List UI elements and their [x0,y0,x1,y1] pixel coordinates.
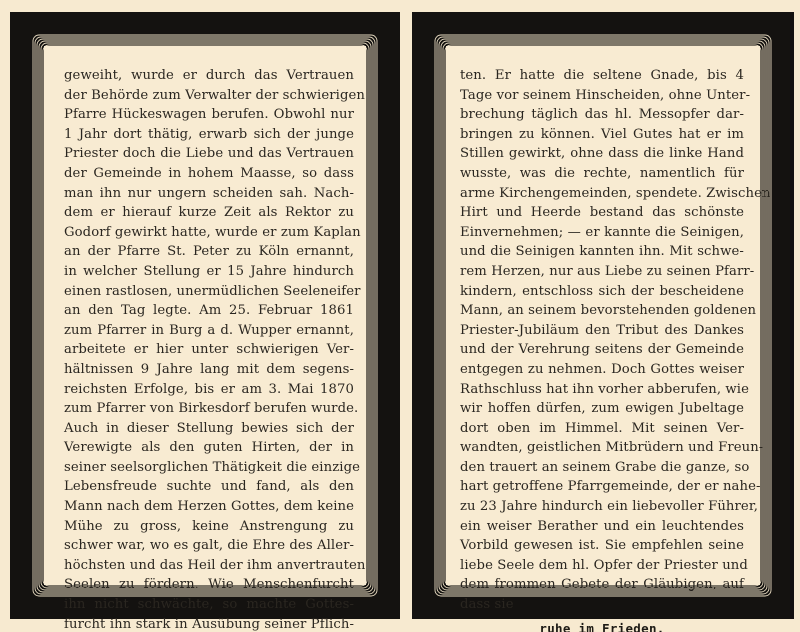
text-line: dem er hierauf kurze Zeit als Rektor zu [64,203,354,223]
text-line: seiner seelsorglichen Thätigkeit die ein… [64,458,354,478]
text-line: Einvernehmen; — er kannte die Seinigen, [460,223,744,243]
left-page-text-panel: geweiht, wurde er durch das Vertrauender… [44,46,366,585]
text-line: reichsten Erfolge, bis er am 3. Mai 1870 [64,380,354,400]
text-line: Priester doch die Liebe und das Vertraue… [64,144,354,164]
text-line: hältnissen 9 Jahre lang mit dem segens- [64,360,354,380]
left-page-card: geweiht, wurde er durch das Vertrauender… [10,12,400,619]
text-line: und die Seinigen kannten ihn. Mit schwe- [460,242,744,262]
right-page-card: ten. Er hatte die seltene Gnade, bis 4Ta… [412,12,794,619]
text-line: an der Pfarre St. Peter zu Köln ernannt, [64,242,354,262]
text-line: wusste, was die rechte, namentlich für [460,164,744,184]
text-line: furcht ihn stark in Ausübung seiner Pfli… [64,615,354,632]
text-line: in welcher Stellung er 15 Jahre hindurch [64,262,354,282]
text-line: man ihn nur ungern scheiden sah. Nach- [64,184,354,204]
text-line: ein weiser Berather und ein leuchtendes [460,517,744,537]
right-page-text-panel: ten. Er hatte die seltene Gnade, bis 4Ta… [446,46,760,585]
text-line: geweiht, wurde er durch das Vertrauen [64,66,354,86]
text-line: an den Tag legte. Am 25. Februar 1861 [64,301,354,321]
text-line: arme Kirchengemeinden, spendete. Zwische… [460,184,744,204]
text-line: ten. Er hatte die seltene Gnade, bis 4 [460,66,744,86]
text-line: der Gemeinde in hohem Maasse, so dass [64,164,354,184]
text-line: und der Verehrung seitens der Gemeinde [460,340,744,360]
text-line: Priester-Jubiläum den Tribut des Dankes [460,321,744,341]
text-line: dort oben im Himmel. Mit seinen Ver- [460,419,744,439]
text-line: der Behörde zum Verwalter der schwierige… [64,86,354,106]
text-line: Seelen zu fördern. Wie Menschenfurcht [64,575,354,595]
text-line: Hirt und Heerde bestand das schönste [460,203,744,223]
text-line: dass sie [460,595,744,615]
text-line: entgegen zu nehmen. Doch Gottes weiser [460,360,744,380]
text-line: rem Herzen, nur aus Liebe zu seinen Pfar… [460,262,744,282]
text-line: brechung täglich das hl. Messopfer dar- [460,105,744,125]
text-line: Verewigte als den guten Hirten, der in [64,438,354,458]
text-line: bringen zu können. Viel Gutes hat er im [460,125,744,145]
text-line: Mühe zu gross, keine Anstrengung zu [64,517,354,537]
text-line: Stillen gewirkt, ohne dass die linke Han… [460,144,744,164]
text-line: zu 23 Jahre hindurch ein liebevoller Füh… [460,497,744,517]
text-line: einen rastlosen, unermüdlichen Seeleneif… [64,282,354,302]
text-line: zum Pfarrer in Burg a d. Wupper ernannt, [64,321,354,341]
text-line: kindern, entschloss sich der bescheidene [460,282,744,302]
text-line: Mann, an seinem bevorstehenden goldenen [460,301,744,321]
text-line: den trauert an seinem Grabe die ganze, s… [460,458,744,478]
text-line: liebe Seele dem hl. Opfer der Priester u… [460,556,744,576]
text-line: dem frommen Gebete der Gläubigen, auf [460,575,744,595]
text-line: Godorf gewirkt hatte, wurde er zum Kapla… [64,223,354,243]
text-line: Rathschluss hat ihn vorher abberufen, wi… [460,380,744,400]
text-line: Vorbild gewesen ist. Sie empfehlen seine [460,536,744,556]
text-line: ihn nicht schwächte, so machte Gottes- [64,595,354,615]
text-line: Tage vor seinem Hinscheiden, ohne Unter- [460,86,744,106]
text-line: arbeitete er hier unter schwierigen Ver- [64,340,354,360]
text-line: 1 Jahr dort thätig, erwarb sich der jung… [64,125,354,145]
text-line: hart getroffene Pfarrgemeinde, der er na… [460,477,744,497]
text-line: wir hoffen dürfen, zum ewigen Jubeltage [460,399,744,419]
text-line: Auch in dieser Stellung bewies sich der [64,419,354,439]
closing-phrase: ruhe im Frieden. [460,621,744,632]
text-line: schwer war, wo es galt, die Ehre des All… [64,536,354,556]
text-line: wandten, geistlichen Mitbrüdern und Freu… [460,438,744,458]
text-line: Pfarre Hückeswagen berufen. Obwohl nur [64,105,354,125]
text-line: Lebensfreude suchte und fand, als den [64,477,354,497]
text-line: höchsten und das Heil der ihm anvertraut… [64,556,354,576]
text-line: Mann nach dem Herzen Gottes, dem keine [64,497,354,517]
text-line: zum Pfarrer von Birkesdorf berufen wurde… [64,399,354,419]
